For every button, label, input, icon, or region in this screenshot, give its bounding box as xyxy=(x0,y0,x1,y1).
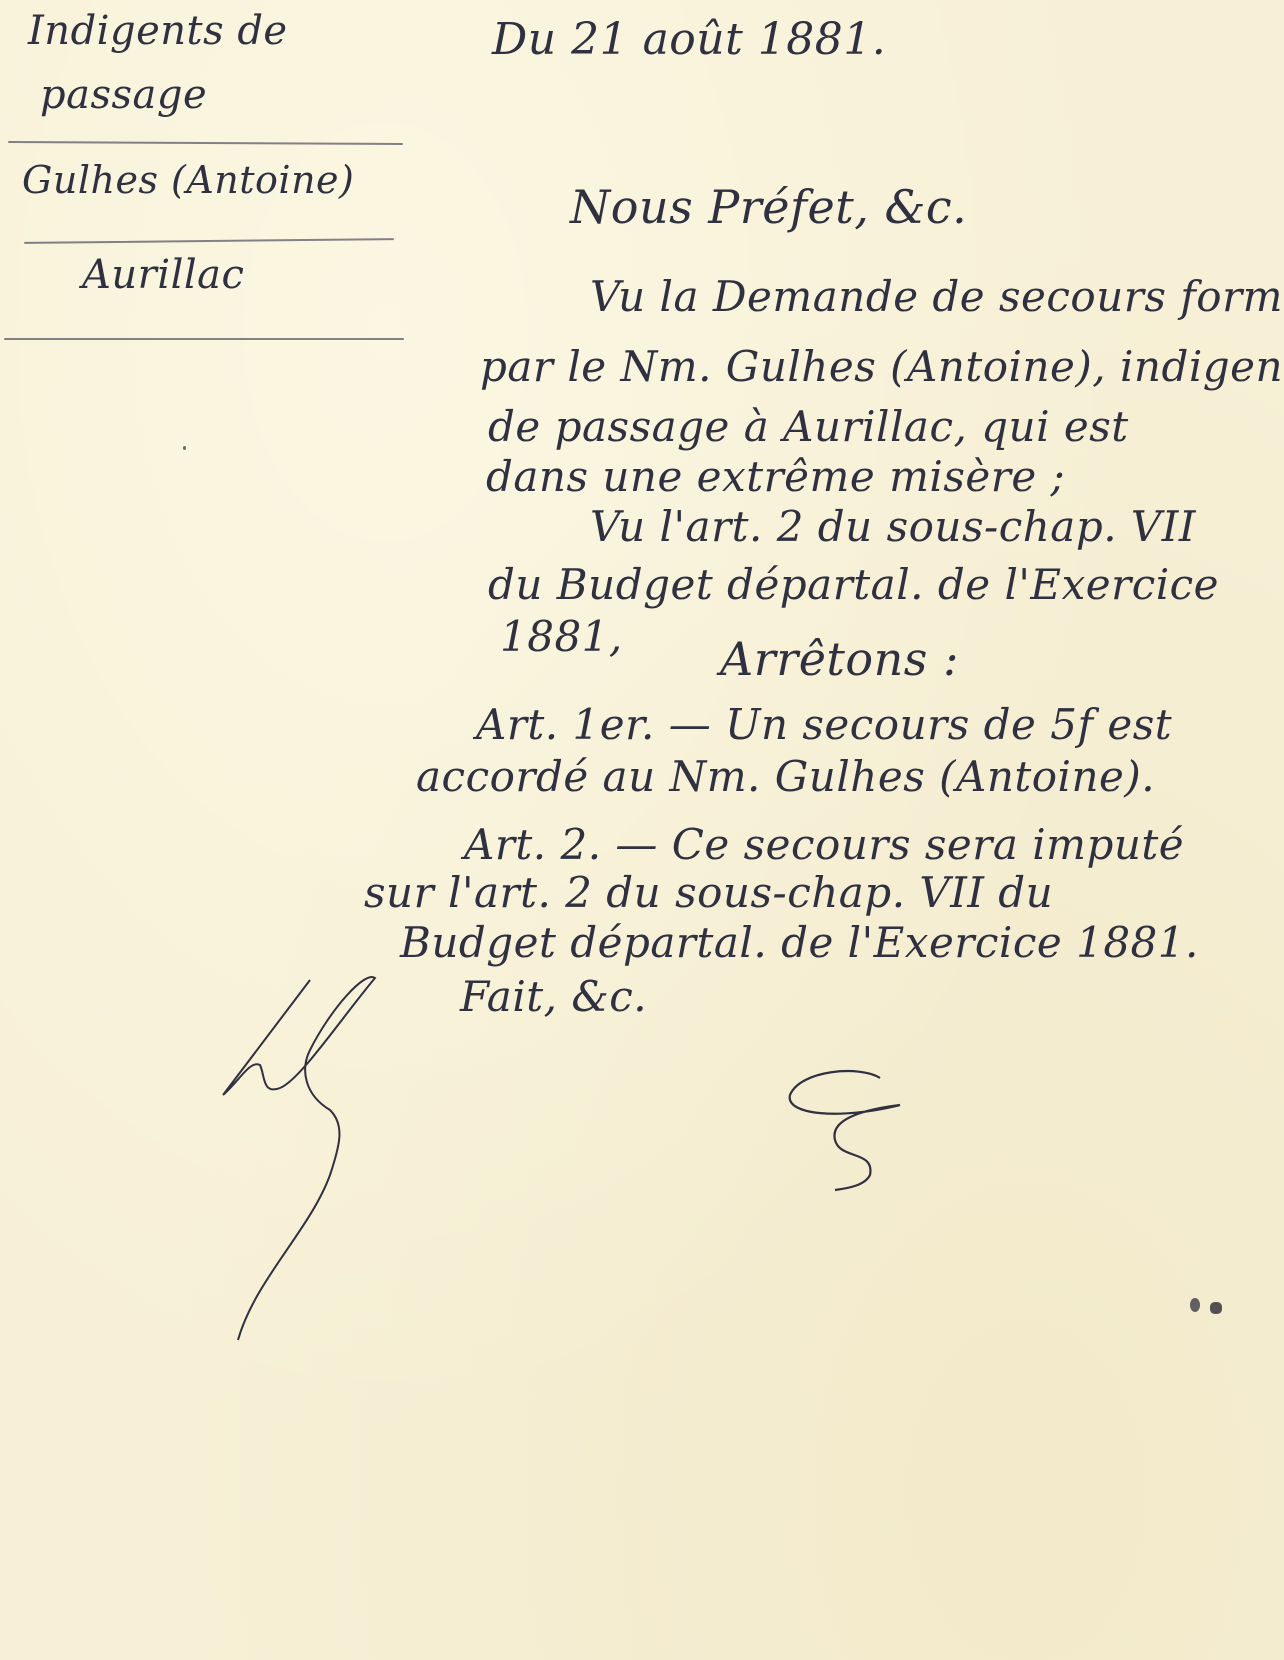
ink-stain xyxy=(1190,1298,1200,1312)
signature-left-paraph-icon xyxy=(180,900,400,1340)
margin-name: Gulhes (Antoine) xyxy=(22,158,354,202)
article-line-2: accordé au Nm. Gulhes (Antoine). xyxy=(416,752,1155,801)
ink-stain-2 xyxy=(1210,1302,1222,1314)
article-line-5: Budget départal. de l'Exercice 1881. xyxy=(400,918,1199,967)
decree-heading: Arrêtons : xyxy=(720,632,959,686)
margin-subject-line-2: passage xyxy=(40,72,207,118)
ink-dot xyxy=(183,446,186,450)
salutation: Nous Préfet, &c. xyxy=(570,180,967,234)
consideration-line-2: par le Nm. Gulhes (Antoine), indigent xyxy=(480,342,1284,391)
article-line-1: Art. 1er. — Un secours de 5f est xyxy=(476,700,1172,749)
article-line-3: Art. 2. — Ce secours sera imputé xyxy=(464,820,1184,869)
consideration-line-6: du Budget départal. de l'Exercice xyxy=(488,560,1219,609)
consideration-line-4: dans une extrême misère ; xyxy=(486,452,1065,501)
consideration-line-7: 1881, xyxy=(500,612,623,661)
closing-formula: Fait, &c. xyxy=(460,972,647,1021)
article-line-4: sur l'art. 2 du sous-chap. VII du xyxy=(364,868,1053,917)
margin-divider-3 xyxy=(4,338,404,340)
margin-place: Aurillac xyxy=(82,252,244,298)
consideration-line-3: de passage à Aurillac, qui est xyxy=(488,402,1129,451)
consideration-line-1: Vu la Demande de secours formée xyxy=(590,272,1284,321)
consideration-line-5: Vu l'art. 2 du sous-chap. VII xyxy=(590,502,1196,551)
signature-right-paraph-icon xyxy=(740,1000,900,1190)
document-date: Du 21 août 1881. xyxy=(492,14,886,65)
margin-subject-line-1: Indigents de xyxy=(28,8,288,54)
